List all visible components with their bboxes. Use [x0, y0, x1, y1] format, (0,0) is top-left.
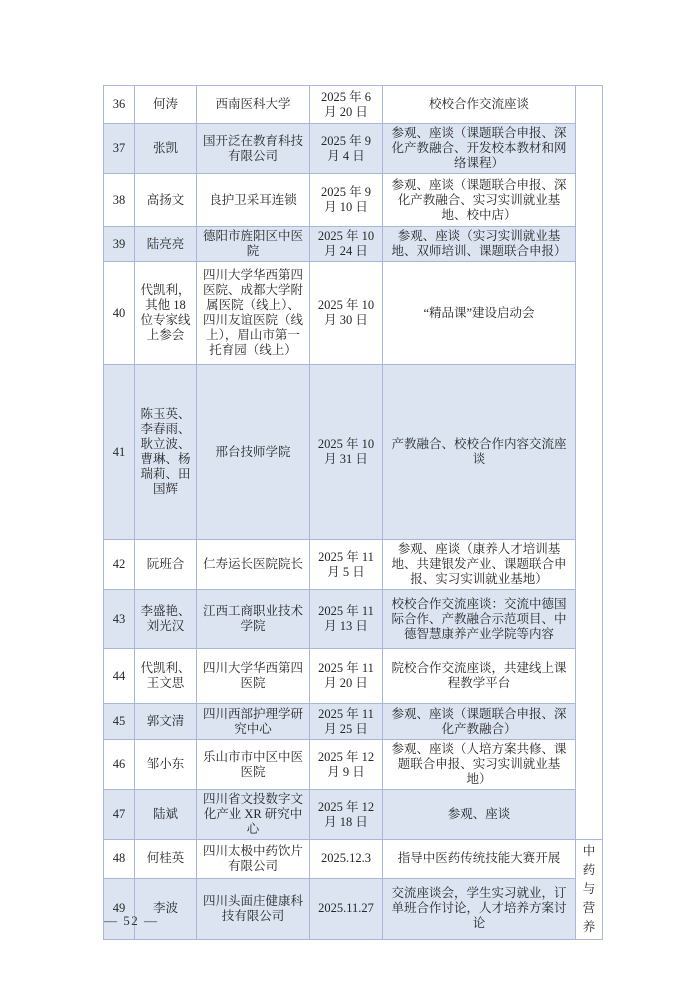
organization: 西南医科大学 — [197, 86, 310, 124]
activity-description: 产教融合、校校合作内容交流座谈 — [383, 365, 576, 540]
organization: 四川头面庄健康科技有限公司 — [197, 878, 310, 939]
table-row: 39 陆亮亮 德阳市旌阳区中医院 2025 年 10 月 24 日 参观、座谈（… — [104, 227, 603, 262]
visit-date: 2025.12.3 — [310, 840, 383, 879]
visitor-name: 阮班合 — [135, 540, 197, 590]
visitor-name: 何桂英 — [135, 840, 197, 879]
table-row: 40 代凯利，其他 18 位专家线上参会 四川大学华西第四医院、成都大学附属医院… — [104, 262, 603, 365]
organization: 四川大学华西第四医院 — [197, 649, 310, 704]
table-row: 49 李波 四川头面庄健康科技有限公司 2025.11.27 交流座谈会，学生实… — [104, 878, 603, 939]
table-row: 47 陆斌 四川省文投数字文化产业 XR 研究中心 2025 年 12 月 18… — [104, 790, 603, 840]
row-number: 48 — [104, 840, 135, 879]
visit-date: 2025 年 9 月 10 日 — [310, 174, 383, 227]
visitor-name: 李波 — [135, 878, 197, 939]
row-number: 42 — [104, 540, 135, 590]
row-number: 43 — [104, 590, 135, 649]
visitor-name: 张凯 — [135, 124, 197, 174]
document-page: 36 何涛 西南医科大学 2025 年 6 月 20 日 校校合作交流座谈 37… — [0, 0, 700, 989]
organization: 四川西部护理学研究中心 — [197, 704, 310, 740]
table-row: 37 张凯 国开泛在教育科技有限公司 2025 年 9 月 4 日 参观、座谈（… — [104, 124, 603, 174]
visit-date: 2025 年 11 月 20 日 — [310, 649, 383, 704]
row-number: 41 — [104, 365, 135, 540]
organization: 国开泛在教育科技有限公司 — [197, 124, 310, 174]
activity-description: 参观、座谈（康养人才培训基地、共建银发产业、课题联合申报、实习实训就业基地） — [383, 540, 576, 590]
visit-date: 2025 年 11 月 5 日 — [310, 540, 383, 590]
row-number: 39 — [104, 227, 135, 262]
activity-description: 参观、座谈（实习实训就业基地、双师培训、课题联合申报） — [383, 227, 576, 262]
visit-date: 2025 年 12 月 18 日 — [310, 790, 383, 840]
visit-date: 2025.11.27 — [310, 878, 383, 939]
organization: 江西工商职业技术学院 — [197, 590, 310, 649]
visit-date: 2025 年 12 月 9 日 — [310, 740, 383, 790]
table-row: 41 陈玉英、李春雨、耿立波、曹琳、杨瑞莉、田国辉 邢台技师学院 2025 年 … — [104, 365, 603, 540]
visit-date: 2025 年 11 月 13 日 — [310, 590, 383, 649]
organization: 乐山市市中区中医医院 — [197, 740, 310, 790]
organization: 四川太极中药饮片有限公司 — [197, 840, 310, 879]
visitor-name: 邹小东 — [135, 740, 197, 790]
visit-date: 2025 年 11 月 25 日 — [310, 704, 383, 740]
category-label-vertical: 中药与营养 — [576, 840, 603, 940]
table-row: 43 李盛艳、刘光汉 江西工商职业技术学院 2025 年 11 月 13 日 校… — [104, 590, 603, 649]
table-row: 45 郭文清 四川西部护理学研究中心 2025 年 11 月 25 日 参观、座… — [104, 704, 603, 740]
visitor-name: 何涛 — [135, 86, 197, 124]
row-number: 40 — [104, 262, 135, 365]
row-number: 37 — [104, 124, 135, 174]
visit-date: 2025 年 10 月 30 日 — [310, 262, 383, 365]
page-number: — 52 — — [104, 913, 159, 929]
table-row: 44 代凯利、王文思 四川大学华西第四医院 2025 年 11 月 20 日 院… — [104, 649, 603, 704]
organization: 仁寿运长医院院长 — [197, 540, 310, 590]
row-number: 38 — [104, 174, 135, 227]
visit-date: 2025 年 6 月 20 日 — [310, 86, 383, 124]
activity-description: 参观、座谈（课题联合申报、深化产教融合） — [383, 704, 576, 740]
activity-description: 参观、座谈（课题联合申报、深化产教融合、开发校本教材和网络课程） — [383, 124, 576, 174]
row-number: 44 — [104, 649, 135, 704]
table-row: 36 何涛 西南医科大学 2025 年 6 月 20 日 校校合作交流座谈 — [104, 86, 603, 124]
visitor-name: 陈玉英、李春雨、耿立波、曹琳、杨瑞莉、田国辉 — [135, 365, 197, 540]
visitor-name: 陆斌 — [135, 790, 197, 840]
visitor-name: 代凯利，其他 18 位专家线上参会 — [135, 262, 197, 365]
visit-records-table: 36 何涛 西南医科大学 2025 年 6 月 20 日 校校合作交流座谈 37… — [103, 85, 603, 940]
row-number: 46 — [104, 740, 135, 790]
activity-description: 参观、座谈 — [383, 790, 576, 840]
organization: 邢台技师学院 — [197, 365, 310, 540]
activity-description: 参观、座谈（课题联合申报、深化产教融合、实习实训就业基地、校中店） — [383, 174, 576, 227]
visitor-name: 陆亮亮 — [135, 227, 197, 262]
category-spacer-cell — [576, 86, 603, 840]
activity-description: 院校合作交流座谈，共建线上课程教学平台 — [383, 649, 576, 704]
organization: 良护卫采耳连锁 — [197, 174, 310, 227]
activity-description: 校校合作交流座谈 — [383, 86, 576, 124]
row-number: 47 — [104, 790, 135, 840]
visitor-name: 郭文清 — [135, 704, 197, 740]
visitor-name: 高扬文 — [135, 174, 197, 227]
table-row: 48 何桂英 四川太极中药饮片有限公司 2025.12.3 指导中医药传统技能大… — [104, 840, 603, 879]
visitor-name: 李盛艳、刘光汉 — [135, 590, 197, 649]
table-row: 42 阮班合 仁寿运长医院院长 2025 年 11 月 5 日 参观、座谈（康养… — [104, 540, 603, 590]
table-row: 46 邹小东 乐山市市中区中医医院 2025 年 12 月 9 日 参观、座谈（… — [104, 740, 603, 790]
visit-date: 2025 年 9 月 4 日 — [310, 124, 383, 174]
row-number: 45 — [104, 704, 135, 740]
visitor-name: 代凯利、王文思 — [135, 649, 197, 704]
activity-description: 校校合作交流座谈：交流中德国际合作、产教融合示范项目、中德智慧康养产业学院等内容 — [383, 590, 576, 649]
activity-description: 交流座谈会，学生实习就业，订单班合作讨论，人才培养方案讨论 — [383, 878, 576, 939]
row-number: 36 — [104, 86, 135, 124]
activity-description: “精品课”建设启动会 — [383, 262, 576, 365]
row-number: 49 — [104, 878, 135, 939]
organization: 四川省文投数字文化产业 XR 研究中心 — [197, 790, 310, 840]
visit-date: 2025 年 10 月 24 日 — [310, 227, 383, 262]
organization: 德阳市旌阳区中医院 — [197, 227, 310, 262]
visit-date: 2025 年 10 月 31 日 — [310, 365, 383, 540]
table-row: 38 高扬文 良护卫采耳连锁 2025 年 9 月 10 日 参观、座谈（课题联… — [104, 174, 603, 227]
activity-description: 指导中医药传统技能大赛开展 — [383, 840, 576, 879]
activity-description: 参观、座谈（人培方案共修、课题联合申报、实习实训就业基地） — [383, 740, 576, 790]
organization: 四川大学华西第四医院、成都大学附属医院（线上）、四川友谊医院（线上），眉山市第一… — [197, 262, 310, 365]
